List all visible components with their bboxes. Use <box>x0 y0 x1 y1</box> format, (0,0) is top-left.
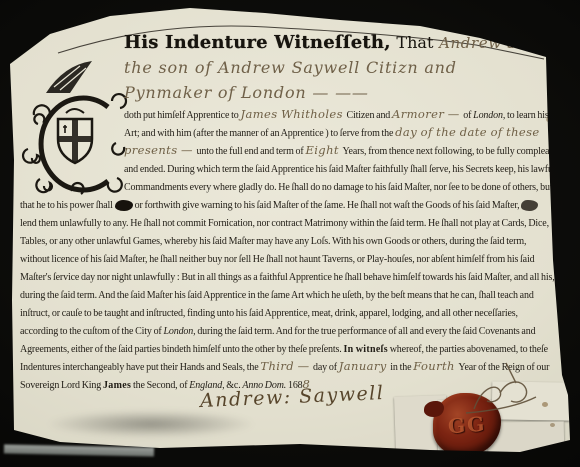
printed-text: the Second, of <box>131 380 189 391</box>
printed-text-italic: London, <box>473 110 505 121</box>
printed-text: unto the full end and term of <box>197 146 306 157</box>
printed-text-bold: In witneſs <box>343 344 387 355</box>
handwritten-text: James Whitholes <box>240 107 346 121</box>
printed-text: doth put himſelf Apprentice to <box>124 110 240 121</box>
handwritten-text: Eight <box>305 143 342 157</box>
handwritten-text: Third — <box>260 359 313 373</box>
printed-text-bold: James <box>103 380 131 391</box>
handwritten-text: Armorer — <box>392 107 463 121</box>
printed-text: or forthwith give warning to his ſaid Ma… <box>133 200 522 211</box>
ink-smear: nor <box>521 200 538 211</box>
printed-text-italic: London, <box>163 326 195 337</box>
printed-text: lend them unlawfully to any. He ſhall no… <box>20 218 555 337</box>
photo-background: His Indenture Witneſſeth, That Andrew Sa… <box>0 0 580 467</box>
title-blackletter: His Indenture Witneſſeth, <box>124 32 391 53</box>
smudge-stain <box>46 410 256 438</box>
handwritten-text: January <box>339 359 391 373</box>
pen-flourish-icon <box>456 357 546 417</box>
drop-cap-spacer <box>20 31 124 193</box>
title-apprentice-name: Andrew Saywell <box>439 34 570 52</box>
printed-text: Citizen and <box>346 110 392 121</box>
title-that: That <box>396 33 433 52</box>
printed-text: in the <box>390 362 413 373</box>
ink-blot: lett <box>115 200 133 211</box>
frayed-edge <box>4 444 154 456</box>
indenture-document: His Indenture Witneſſeth, That Andrew Sa… <box>6 5 572 457</box>
foxing-spot <box>550 423 555 427</box>
printed-text: day of <box>313 362 339 373</box>
printed-text: of <box>463 110 473 121</box>
handwritten-text: Fourth <box>413 359 458 373</box>
foxing-spot <box>546 117 551 122</box>
